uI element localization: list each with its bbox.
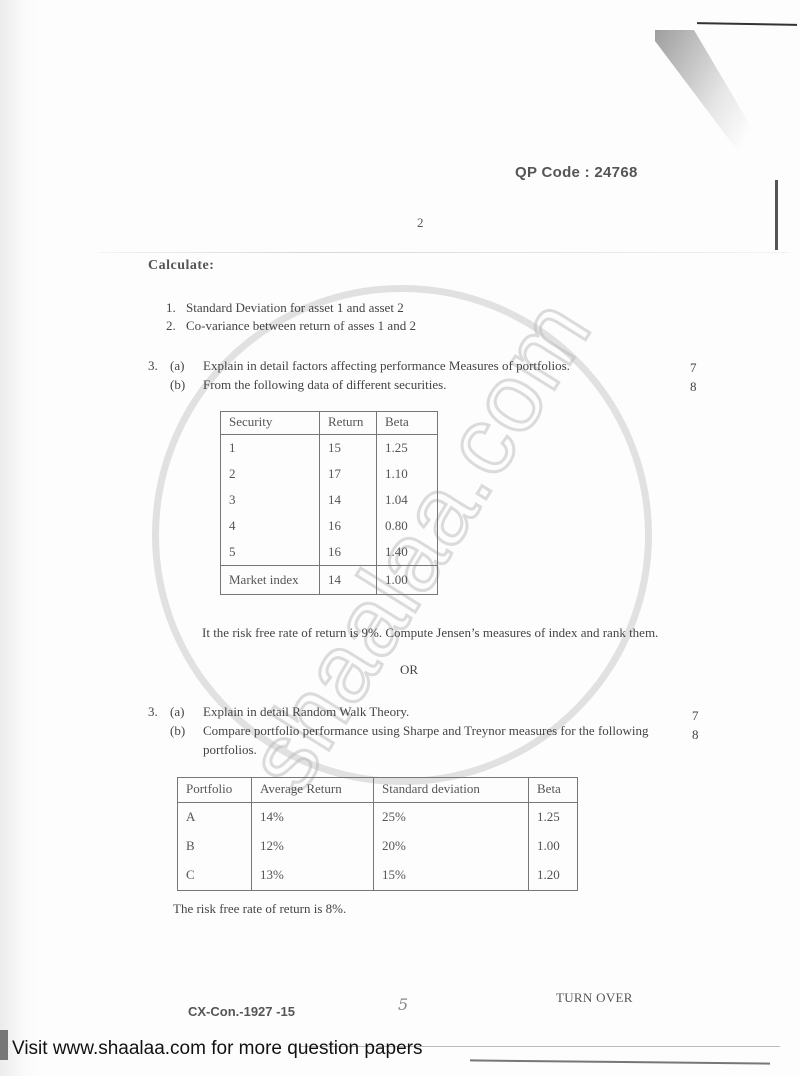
question-marks: 7 — [690, 358, 697, 377]
portfolio-table: Portfolio Average Return Standard deviat… — [177, 777, 578, 891]
question-3a-alt: 3. (a) Explain in detail Random Walk The… — [148, 702, 663, 721]
question-marks: 8 — [690, 377, 697, 396]
visit-website-banner[interactable]: Visit www.shaalaa.com for more question … — [12, 1038, 422, 1060]
table-cell: 15 — [320, 435, 377, 462]
table-cell: 1.00 — [529, 832, 578, 861]
table-cell: B — [178, 832, 252, 861]
table-row: A 14% 25% 1.25 — [178, 803, 578, 833]
table-cell: 16 — [320, 513, 377, 539]
footer-exam-code: CX-Con.-1927 -15 — [188, 1004, 295, 1019]
securities-table: Security Return Beta 1 15 1.25 2 17 1.10… — [220, 411, 438, 595]
table-cell: 20% — [374, 832, 529, 861]
header-divider — [100, 252, 790, 253]
folded-corner-edge — [775, 180, 778, 250]
table-cell: 1.20 — [529, 861, 578, 891]
table-cell: 1.25 — [529, 803, 578, 833]
table-cell: 1.25 — [377, 435, 438, 462]
column-header: Security — [221, 412, 320, 435]
qp-code: QP Code : 24768 — [515, 164, 638, 181]
table-cell: A — [178, 803, 252, 833]
table-cell: 1.10 — [377, 461, 438, 487]
table-header-row: Security Return Beta — [221, 412, 438, 435]
column-header: Return — [320, 412, 377, 435]
table-cell: 1.00 — [377, 566, 438, 595]
column-header: Standard deviation — [374, 778, 529, 803]
table-cell: 1.40 — [377, 539, 438, 566]
table-cell: 14% — [252, 803, 374, 833]
question-3a: 3. (a) Explain in detail factors affecti… — [148, 356, 683, 375]
question-part-label: (b) — [170, 375, 203, 394]
table-row: C 13% 15% 1.20 — [178, 861, 578, 891]
table-cell: 1.04 — [377, 487, 438, 513]
folded-corner-shadow — [655, 30, 785, 250]
table-cell: 12% — [252, 832, 374, 861]
or-separator: OR — [400, 662, 418, 678]
jensen-note: It the risk free rate of return is 9%. C… — [202, 624, 672, 642]
table-cell: 1 — [221, 435, 320, 462]
question-text: From the following data of different sec… — [203, 375, 663, 394]
question-text: Explain in detail factors affecting perf… — [203, 356, 683, 375]
column-header: Beta — [377, 412, 438, 435]
table-cell: C — [178, 861, 252, 891]
question-part-label: (b) — [170, 721, 203, 759]
table-cell: 15% — [374, 861, 529, 891]
scan-page-edge — [0, 0, 40, 1076]
list-item-number: 2. — [166, 317, 180, 335]
table-row: 3 14 1.04 — [221, 487, 438, 513]
question-marks: 8 — [692, 725, 699, 744]
question-text: Explain in detail Random Walk Theory. — [203, 702, 663, 721]
table-cell: 14 — [320, 487, 377, 513]
column-header: Beta — [529, 778, 578, 803]
table-cell: 5 — [221, 539, 320, 566]
calculate-heading: Calculate: — [148, 258, 214, 274]
scan-line — [470, 1059, 770, 1064]
list-item: 2. Co-variance between return of asses 1… — [166, 317, 416, 335]
question-3b-alt: (b) Compare portfolio performance using … — [170, 721, 673, 759]
list-item-text: Standard Deviation for asset 1 and asset… — [186, 299, 404, 317]
table-row: 4 16 0.80 — [221, 513, 438, 539]
table-cell: 3 — [221, 487, 320, 513]
scan-edge-mark — [0, 1030, 8, 1060]
table-header-row: Portfolio Average Return Standard deviat… — [178, 778, 578, 803]
market-index-row: Market index 14 1.00 — [221, 566, 438, 595]
table-cell: 17 — [320, 461, 377, 487]
question-marks: 7 — [692, 706, 699, 725]
table-cell: 16 — [320, 539, 377, 566]
folded-corner-line — [697, 22, 797, 26]
list-item-number: 1. — [166, 299, 180, 317]
column-header: Average Return — [252, 778, 374, 803]
list-item-text: Co-variance between return of asses 1 an… — [186, 317, 416, 335]
table-row: 1 15 1.25 — [221, 435, 438, 462]
table-cell: 0.80 — [377, 513, 438, 539]
table-cell: Market index — [221, 566, 320, 595]
question-3b: (b) From the following data of different… — [170, 375, 663, 394]
table-cell: 4 — [221, 513, 320, 539]
table-cell: 25% — [374, 803, 529, 833]
question-number: 3. — [148, 356, 170, 375]
risk-free-note: The risk free rate of return is 8%. — [173, 900, 346, 918]
list-item: 1. Standard Deviation for asset 1 and as… — [166, 299, 416, 317]
question-part-label: (a) — [170, 702, 203, 721]
table-row: 5 16 1.40 — [221, 539, 438, 566]
table-cell: 14 — [320, 566, 377, 595]
table-cell: 13% — [252, 861, 374, 891]
calculate-list: 1. Standard Deviation for asset 1 and as… — [166, 299, 416, 335]
column-header: Portfolio — [178, 778, 252, 803]
page-number: 2 — [417, 215, 424, 231]
table-row: B 12% 20% 1.00 — [178, 832, 578, 861]
table-row: 2 17 1.10 — [221, 461, 438, 487]
question-text: Compare portfolio performance using Shar… — [203, 721, 673, 759]
question-number: 3. — [148, 702, 170, 721]
table-cell: 2 — [221, 461, 320, 487]
question-part-label: (a) — [170, 356, 203, 375]
turn-over-label: TURN OVER — [556, 990, 633, 1006]
handwritten-mark: 5 — [398, 995, 408, 1014]
